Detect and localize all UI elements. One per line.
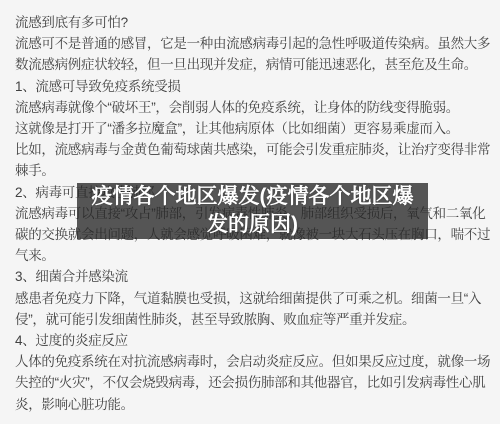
article-line: 感患者免疫力下降，气道黏膜也受损，这就给细菌提供了可乘之机。细菌一旦“入 xyxy=(15,288,485,309)
article-heading-4: 4、过度的炎症反应 xyxy=(15,330,485,351)
article-heading-3: 3、细菌合并感染流 xyxy=(15,266,485,287)
article-line: 流感可不是普通的感冒，它是一种由流感病毒引起的急性呼吸道传染病。虽然大多 xyxy=(15,33,485,54)
article-line: 棘手。 xyxy=(15,160,485,181)
article-heading-1: 1、流感可导致免疫系统受损 xyxy=(15,76,485,97)
article-line: 气来。 xyxy=(15,245,485,266)
article-line: 这就像是打开了“潘多拉魔盒”，让其他病原体（比如细菌）更容易乘虚而入。 xyxy=(15,118,485,139)
article-line: 比如，流感病毒与金黄色葡萄球菌共感染，可能会引发重症肺炎，让治疗变得非常 xyxy=(15,139,485,160)
overlay-title-banner: 疫情各个地区爆发(疫情各个地区爆发的原因) xyxy=(77,183,428,239)
article-line: 人体的免疫系统在对抗流感病毒时，会启动炎症反应。但如果反应过度，就像一场 xyxy=(15,351,485,372)
article-line: 失控的“火灾”，不仅会烧毁病毒，还会损伤肺部和其他器官，比如引发病毒性心肌 xyxy=(15,372,485,393)
overlay-banner-title-text: 疫情各个地区爆发(疫情各个地区爆发的原因) xyxy=(83,183,423,239)
article-page: 流感到底有多可怕? 流感可不是普通的感冒，它是一种由流感病毒引起的急性呼吸道传染… xyxy=(0,0,500,424)
article-line: 流感病毒就像个“破坏王”，会削弱人体的免疫系统，让身体的防线变得脆弱。 xyxy=(15,97,485,118)
article-line: 侵”，就可能引发细菌性肺炎，甚至导致脓胸、败血症等严重并发症。 xyxy=(15,309,485,330)
article-line: 数流感病例症状较轻，但一旦出现并发症，病情可能迅速恶化，甚至危及生命。 xyxy=(15,54,485,75)
article-line: 炎，影响心脏功能。 xyxy=(15,394,485,415)
article-title-line: 流感到底有多可怕? xyxy=(15,12,485,33)
